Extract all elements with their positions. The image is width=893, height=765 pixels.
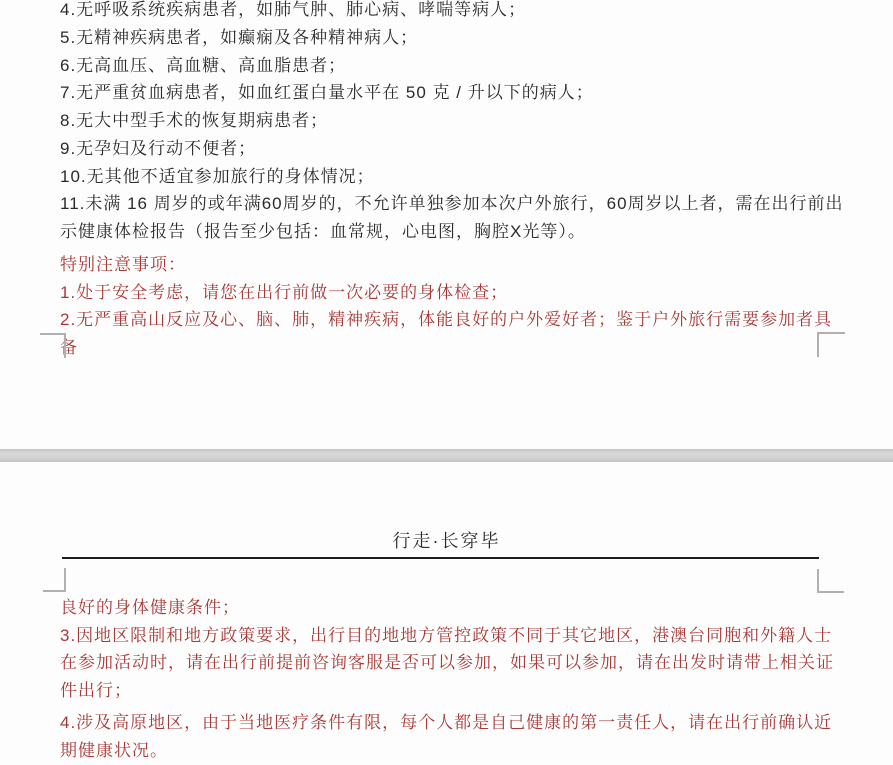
document-viewer: 4.无呼吸系统疾病患者，如肺气肿、肺心病、哮喘等病人； 5.无精神疾病患者，如癫… [0,0,893,765]
text-boundary-mark-top-left [43,568,66,592]
paragraph-continuation: 良好的身体健康条件； [60,594,845,622]
list-item-5: 5.无精神疾病患者，如癫痫及各种精神病人； [60,24,845,52]
notice-title: 特别注意事项： [60,251,845,279]
notice-item-4: 4.涉及高原地区，由于当地医疗条件有限，每个人都是自己健康的第一责任人，请在出行… [60,709,845,764]
header-rule [62,557,819,559]
text-boundary-mark-bottom-left [40,333,66,358]
text-boundary-mark-bottom-right [817,332,845,357]
list-item-7: 7.无严重贫血病患者，如血红蛋白量水平在 50 克 / 升以下的病人； [60,79,845,107]
notice-item-2: 2.无严重高山反应及心、脑、肺，精神疾病，体能良好的户外爱好者；鉴于户外旅行需要… [60,306,845,362]
page-header-title: 行走·长穿毕 [0,527,893,553]
page-separator [0,449,893,462]
list-item-11: 11.未满 16 周岁的或年满60周岁的，不允许单独参加本次户外旅行，60周岁以… [60,190,845,246]
list-item-9: 9.无孕妇及行动不便者； [60,135,845,163]
notice-item-3: 3.因地区限制和地方政策要求，出行目的地地方管控政策不同于其它地区，港澳台同胞和… [60,622,845,705]
page-2-text-column: 良好的身体健康条件； 3.因地区限制和地方政策要求，出行目的地地方管控政策不同于… [60,594,845,764]
list-item-4: 4.无呼吸系统疾病患者，如肺气肿、肺心病、哮喘等病人； [60,0,845,24]
text-boundary-mark-top-right [817,569,844,593]
page-1-text-column: 4.无呼吸系统疾病患者，如肺气肿、肺心病、哮喘等病人； 5.无精神疾病患者，如癫… [60,0,845,362]
list-item-8: 8.无大中型手术的恢复期病患者； [60,107,845,135]
notice-item-1: 1.处于安全考虑，请您在出行前做一次必要的身体检查； [60,279,845,307]
list-item-6: 6.无高血压、高血糖、高血脂患者； [60,52,845,80]
list-item-10: 10.无其他不适宜参加旅行的身体情况； [60,163,845,191]
